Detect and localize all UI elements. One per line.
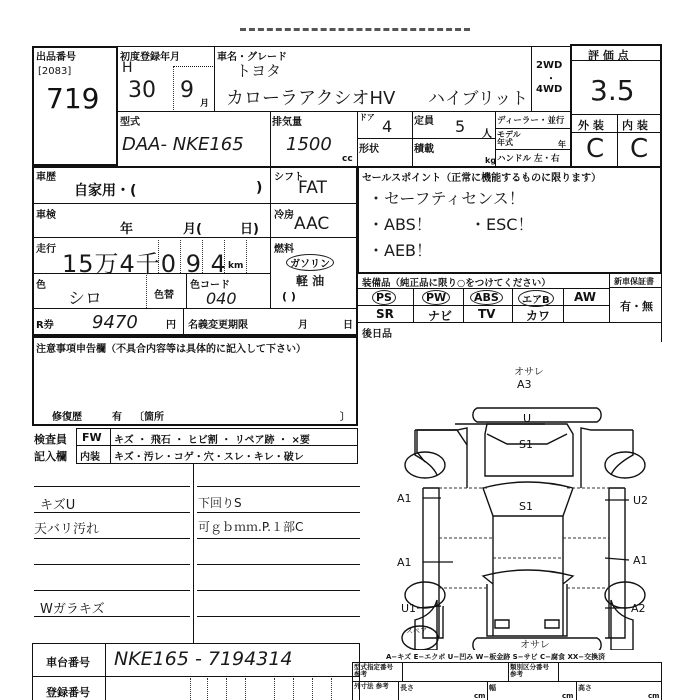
color-value: シロ	[68, 284, 102, 309]
remark-left-1: キズU	[40, 494, 75, 513]
remark-right-1: 下回りS	[198, 494, 242, 511]
door-label: ドア	[359, 112, 375, 123]
model-year-label: モデル年式	[497, 131, 527, 147]
equip-sr: SR	[376, 307, 394, 321]
ruled-line	[34, 538, 190, 539]
remark-right-2: 可ｇｂｍｍ.P.１部C	[198, 518, 303, 535]
divider	[398, 681, 399, 700]
ruled-line	[197, 486, 360, 487]
divider	[173, 66, 174, 112]
drive-4wd: 4WD	[536, 84, 562, 95]
interior-grade: C	[630, 134, 648, 164]
month-value: 9	[180, 78, 194, 103]
divider	[357, 288, 609, 289]
warranty-label: 新車保証書	[614, 276, 654, 287]
width-label: 幅	[489, 683, 496, 693]
mark-s1-hood: S1	[519, 438, 533, 451]
fw-label: FW	[82, 431, 102, 444]
displacement-label: 排気量	[272, 113, 302, 128]
divider	[186, 273, 187, 308]
ruled-line	[197, 538, 360, 539]
mileage-unit: km	[228, 261, 243, 271]
divider	[293, 678, 294, 700]
fw-items: キズ ・ 飛石 ・ ヒビ割 ・ リペア跡 ・ ×要	[114, 431, 310, 446]
damage-legend: A−キズ E−エクボ U−凹み W−板金跡 S−サビ C−腐食 XX−交換済	[386, 652, 605, 662]
height-unit: cm	[648, 692, 659, 700]
color-label: 色	[36, 276, 46, 291]
mark-a1-left-front: A1	[397, 492, 412, 505]
door-value: 4	[382, 117, 392, 136]
type-value: DAA- NKE165	[122, 134, 244, 155]
shape-label: 形状	[359, 140, 379, 155]
sales-point-1: ・セーフティセンス！	[368, 186, 525, 209]
fuel-other: ( )	[282, 290, 296, 303]
shift-value: FAT	[298, 178, 327, 198]
ruled-line	[34, 590, 190, 591]
month-unit: 月	[200, 96, 209, 109]
lot-sub: [2083]	[38, 66, 71, 77]
fmt-label: 型式指定番号 参考	[354, 664, 394, 678]
inspector-label-1: 検査員	[34, 431, 67, 447]
divider	[224, 240, 225, 273]
faded-title	[240, 28, 470, 35]
exterior-grade: C	[586, 134, 604, 164]
divider	[413, 288, 414, 323]
int-label: 内装	[80, 448, 100, 463]
recycle-value: 9470	[92, 312, 138, 333]
divider	[270, 203, 358, 204]
maker-value: トヨタ	[236, 60, 281, 81]
divider	[312, 678, 313, 700]
name-change-day: 日	[343, 316, 353, 331]
divider	[32, 203, 270, 204]
mark-a2: A2	[631, 602, 646, 615]
ruled-line	[197, 564, 360, 565]
divider	[245, 678, 246, 700]
divider	[558, 662, 559, 682]
inspection-year: 年	[120, 218, 133, 237]
divider	[609, 287, 661, 288]
lot-label: 出品番号	[36, 48, 76, 63]
ac-label: 冷房	[274, 206, 294, 221]
spare-label: スペア	[406, 626, 427, 636]
equipment-label: 装備品（純正品に限り○をつけてください）	[362, 275, 551, 289]
displacement-unit: cc	[342, 154, 353, 164]
divider	[357, 305, 609, 306]
ruled-line	[34, 486, 190, 487]
notes-label: 注意事項申告欄（不具合内容等は具体的に記入して下さい）	[36, 340, 306, 355]
divider	[270, 237, 358, 238]
mileage-label: 走行	[36, 240, 56, 255]
displacement-value: 1500	[286, 134, 332, 155]
length-label: 長さ	[400, 683, 414, 693]
capacity-label: 定員	[414, 112, 434, 127]
inspection-label: 車検	[36, 206, 56, 221]
fuel-diesel: 軽 油	[296, 272, 324, 289]
length-unit: cm	[474, 692, 485, 700]
divider	[202, 240, 203, 273]
drive-dot: ・	[546, 70, 556, 85]
ruled-line	[197, 616, 360, 617]
handle-label: ハンドル 左・右	[497, 152, 559, 164]
dim-label: 外寸法 参考	[354, 683, 394, 690]
equip-abs: ABS	[470, 290, 503, 305]
inspector-label-2: 記入欄	[34, 448, 67, 464]
capacity-value: 5	[455, 117, 465, 136]
divider	[183, 308, 184, 336]
divider	[110, 428, 111, 464]
repair-label: 修復歴	[52, 408, 82, 423]
name-change-label: 名義変更期限	[188, 316, 248, 331]
divider	[331, 678, 332, 700]
width-unit: cm	[562, 692, 573, 700]
ruled-line	[197, 512, 360, 513]
score-label: 評 価 点	[588, 47, 629, 63]
class-label: 類別区分番号 参考	[510, 664, 554, 678]
divider	[508, 662, 509, 682]
color-change-label: 色替	[154, 286, 174, 301]
recycle-unit: 円	[166, 316, 176, 331]
remark-left-2: 天バリ汚れ	[34, 518, 99, 537]
divider	[193, 464, 194, 644]
chassis-value: NKE165 - 7194314	[114, 648, 293, 670]
era-value: H	[122, 60, 133, 76]
sales-point-3: ・ESC！	[470, 212, 533, 235]
mark-a1-left-rear: A1	[397, 556, 412, 569]
divider	[32, 237, 270, 238]
divider	[617, 114, 618, 166]
equip-airbag: エアB	[518, 290, 554, 307]
divider	[487, 681, 488, 700]
interior-label: 内 装	[622, 117, 648, 133]
inspection-day: 日)	[240, 218, 259, 237]
usage-close: )	[256, 180, 262, 196]
divider	[563, 288, 564, 323]
inspection-month: 月(	[183, 218, 202, 237]
mark-u1: U1	[401, 602, 416, 615]
divider	[246, 240, 247, 273]
later-label: 後日品	[362, 325, 392, 340]
fmt-box	[352, 662, 662, 682]
divider	[572, 114, 660, 115]
reg-label: 登録番号	[46, 684, 90, 700]
divider	[207, 678, 208, 700]
divider	[402, 662, 403, 682]
int-items: キズ・汚レ・コゲ・穴・スレ・キレ・破レ	[114, 448, 304, 463]
name-change-month: 月	[298, 316, 308, 331]
dealer-label: ディーラー・並行	[497, 114, 564, 126]
height-label: 高さ	[578, 683, 592, 693]
divider	[463, 288, 464, 323]
divider	[190, 678, 191, 700]
car-damage-diagram: A3 U S1 S1 A1 A1 U1 U2 A1 A2	[395, 370, 675, 650]
divider	[226, 678, 227, 700]
repair-close: 〕	[340, 408, 350, 423]
divider	[180, 240, 181, 273]
mark-a1-right: A1	[633, 554, 648, 567]
diagram-bottom-note: オサレ	[520, 636, 550, 651]
divider	[158, 240, 159, 273]
mark-u-front: U	[523, 412, 531, 425]
usage-value: 自家用・(	[74, 180, 136, 200]
sales-points-label: セールスポイント（正常に機能するものに限ります）	[362, 169, 601, 184]
lot-number: 719	[46, 82, 99, 115]
exterior-label: 外 装	[578, 117, 604, 133]
divider	[512, 288, 513, 323]
model-value: カローラアクシオHV	[226, 84, 395, 110]
equip-aw: AW	[574, 290, 596, 304]
divider	[146, 273, 147, 308]
divider	[609, 273, 610, 323]
score-value: 3.5	[590, 74, 635, 107]
later-box	[357, 322, 662, 342]
usage-label: 車歴	[36, 168, 56, 183]
ruled-line	[34, 564, 190, 565]
divider	[576, 681, 577, 700]
mark-s1-roof: S1	[519, 500, 533, 513]
equip-ps: PS	[372, 290, 396, 305]
recycle-label: R券	[36, 316, 54, 331]
ruled-line	[197, 590, 360, 591]
repair-place: 〔箇所	[134, 408, 164, 423]
year-value: 30	[128, 78, 156, 103]
grade-value: ハイブリット	[428, 84, 528, 109]
ac-value: AAC	[294, 214, 329, 234]
equip-tv: TV	[478, 307, 495, 321]
sales-point-4: ・AEB！	[368, 238, 432, 261]
fuel-gasoline: ガソリン	[286, 254, 334, 271]
mark-a3: A3	[517, 378, 532, 391]
sales-point-2: ・ABS！	[368, 212, 432, 235]
mark-u2: U2	[633, 494, 648, 507]
fuel-label: 燃料	[274, 240, 294, 255]
divider	[173, 66, 213, 67]
type-label: 型式	[120, 113, 140, 128]
repair-value: 有	[112, 408, 122, 423]
color-code-value: 040	[206, 289, 237, 308]
warranty-value: 有・無	[620, 298, 653, 314]
equip-pw: PW	[422, 290, 450, 305]
divider	[274, 678, 275, 700]
chassis-label: 車台番号	[46, 654, 90, 670]
load-label: 積載	[414, 140, 434, 155]
remark-left-4: Wガラキズ	[40, 598, 105, 617]
